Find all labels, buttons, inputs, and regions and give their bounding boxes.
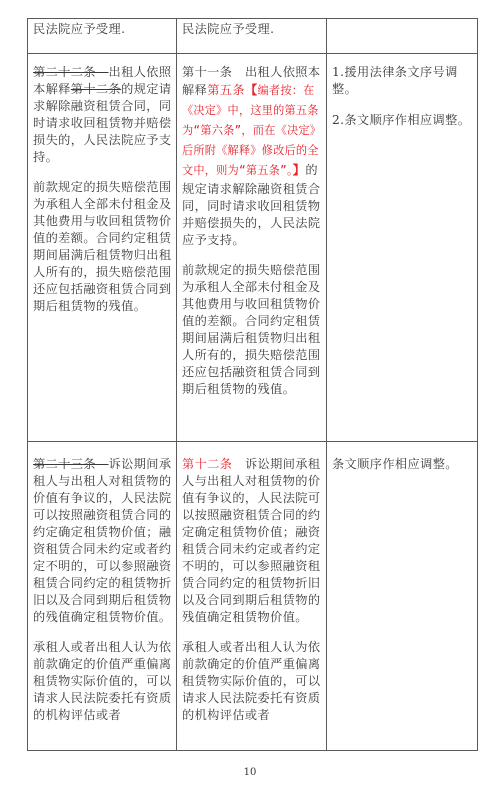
changed-reference: 第五条: [207, 83, 245, 97]
remark-item: 条文顺序作相应调整。: [332, 456, 473, 473]
original-paragraph: 承租人或者出租人认为依前款确定的价值严重偏离租赁物实际价值的，可以请求人民法院委…: [33, 639, 172, 724]
revised-paragraph: 前款规定的损失赔偿范围为承租人全部未付租金及其他费用与收回租赁物价值的差额。合同…: [182, 262, 322, 398]
original-text-cell: 第二十二条 出租人依照本解释第十二条的规定请求解除融资租赁合同，同时请求收回租赁…: [28, 54, 177, 442]
remark-item: 1.援用法律条文序号调整。: [332, 64, 473, 98]
revised-text-cell: 第十二条 诉讼期间承租人与出租人对租赁物的价值有争议的，人民法院可以按照融资租赁…: [177, 442, 327, 751]
original-paragraph: 前款规定的损失赔偿范围为承租人全部未付租金及其他费用与收回租赁物价值的差额。合同…: [33, 179, 172, 315]
deleted-article-number: 第二十二条: [33, 65, 96, 79]
original-text: 诉讼期间承租人与出租人对租赁物的价值有争议的，人民法院可以按照融资租赁合同的约定…: [33, 457, 171, 624]
remark-cell: 条文顺序作相应调整。: [327, 442, 478, 751]
comparison-table: 民法院应予受理. 民法院应予受理. 第二十二条 出租人依照本解释第十二条的规定请…: [27, 18, 478, 751]
revised-paragraph: 第十二条 诉讼期间承租人与出租人对租赁物的价值有争议的，人民法院可以按照融资租赁…: [182, 456, 322, 626]
revised-text: 民法院应予受理.: [182, 22, 274, 36]
revised-text-cell: 第十一条 出租人依照本解释第五条【编者按：在《决定》中，这里的第五条为“第六条”…: [177, 54, 327, 442]
revised-paragraph: 第十一条 出租人依照本解释第五条【编者按：在《决定》中，这里的第五条为“第六条”…: [182, 64, 322, 249]
revised-text: 诉讼期间承租人与出租人对租赁物的价值有争议的，人民法院可以按照融资租赁合同的约定…: [182, 457, 320, 624]
original-text-cell: 第二十三条 诉讼期间承租人与出租人对租赁物的价值有争议的，人民法院可以按照融资租…: [28, 442, 177, 751]
table-row: 民法院应予受理. 民法院应予受理.: [28, 19, 478, 54]
article-number: 第十二条: [182, 457, 232, 471]
remark-cell: 1.援用法律条文序号调整。 2.条文顺序作相应调整。: [327, 54, 478, 442]
article-number: 第十一条: [182, 65, 232, 79]
original-paragraph: 第二十二条 出租人依照本解释第十二条的规定请求解除融资租赁合同，同时请求收回租赁…: [33, 64, 172, 166]
table-row: 第二十三条 诉讼期间承租人与出租人对租赁物的价值有争议的，人民法院可以按照融资租…: [28, 442, 478, 751]
original-text-cell: 民法院应予受理.: [28, 19, 177, 54]
deleted-article-number: 第二十三条: [33, 457, 96, 471]
page-number: 10: [0, 767, 500, 778]
revised-paragraph: 承租人或者出租人认为依前款确定的价值严重偏离租赁物实际价值的，可以请求人民法院委…: [182, 639, 322, 724]
deleted-dash: [96, 457, 109, 471]
deleted-reference: 第十二条: [71, 82, 121, 96]
remark-item: 2.条文顺序作相应调整。: [332, 112, 473, 129]
editor-note-open: 【: [245, 83, 258, 97]
deleted-dash: [96, 65, 109, 79]
revised-text-cell: 民法院应予受理.: [177, 19, 327, 54]
original-text: 民法院应予受理.: [33, 22, 125, 36]
original-paragraph: 第二十三条 诉讼期间承租人与出租人对租赁物的价值有争议的，人民法院可以按照融资租…: [33, 456, 172, 626]
editor-note-close: 】: [293, 163, 306, 177]
table-row: 第二十二条 出租人依照本解释第十二条的规定请求解除融资租赁合同，同时请求收回租赁…: [28, 54, 478, 442]
remark-cell: [327, 19, 478, 54]
